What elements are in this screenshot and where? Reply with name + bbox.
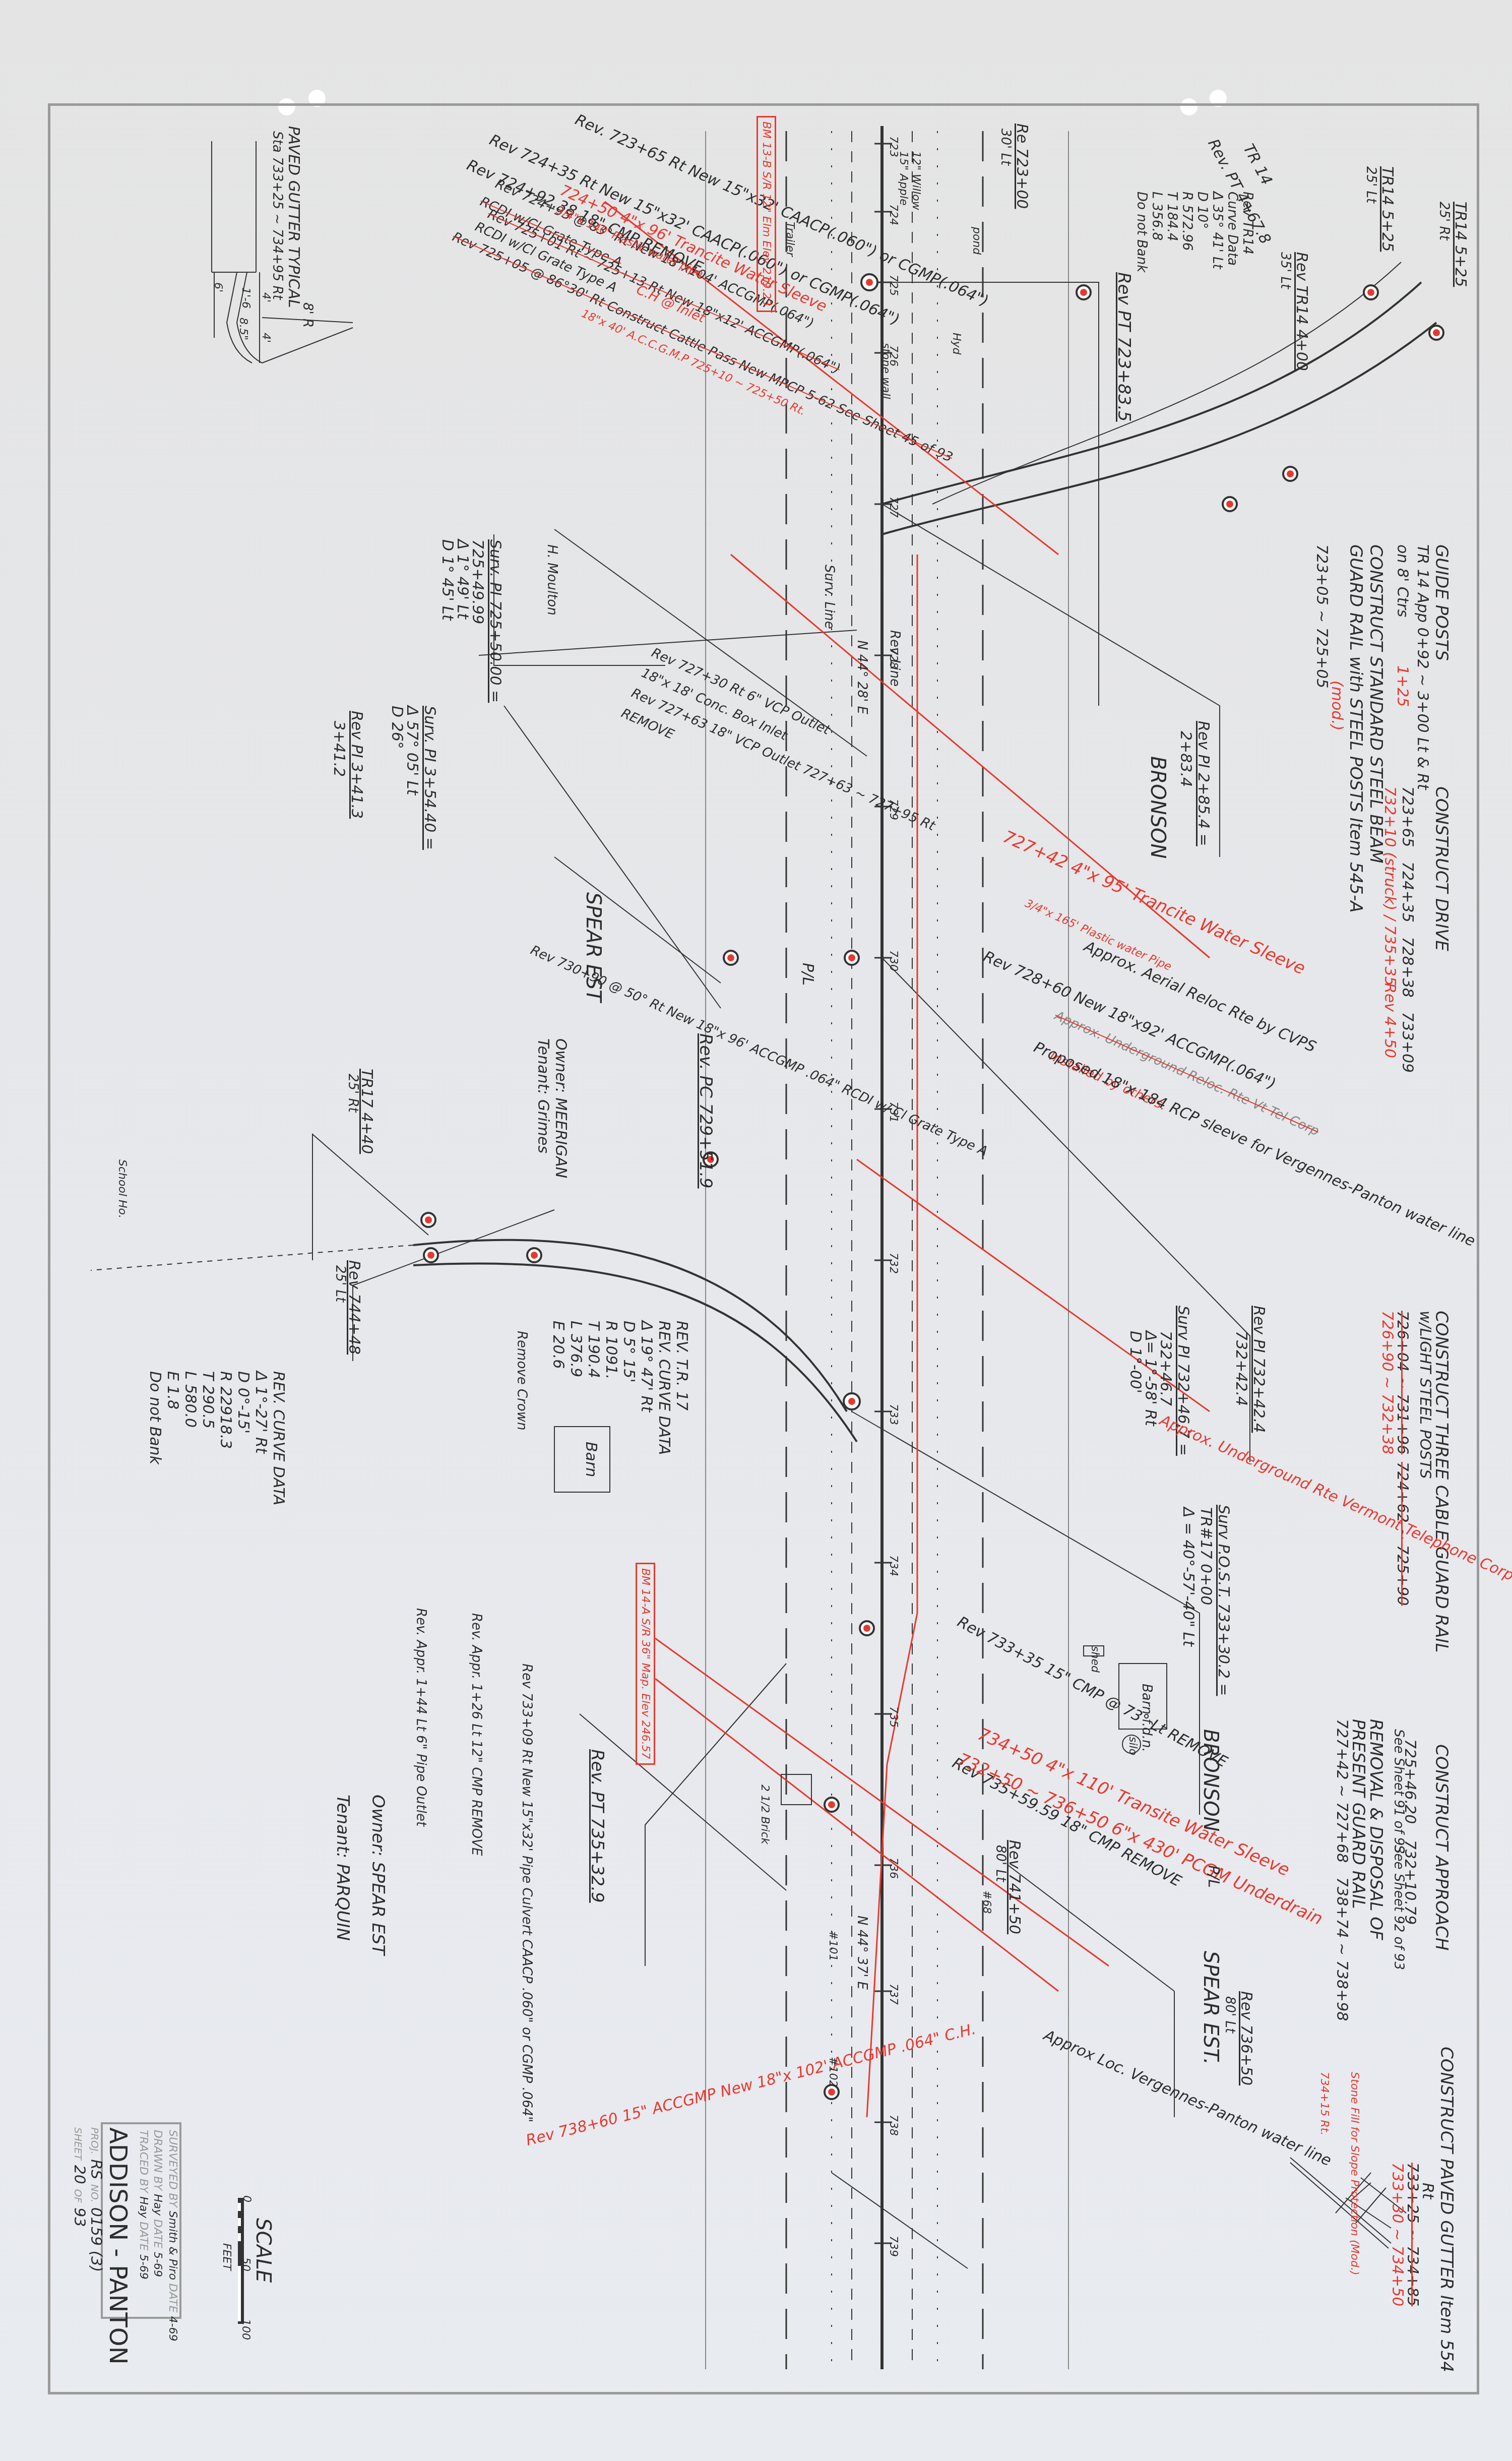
sheet-total: 93: [71, 2207, 88, 2227]
station-tick: 727: [887, 497, 900, 518]
benchmark-14a: BM 14-A S/R 36" Map. Elev 246.57: [636, 1563, 655, 1765]
drawn-by-value: Hay: [151, 2194, 164, 2216]
note-approach-rt-sheet: See Sheet 92 of 93: [1391, 1845, 1406, 1970]
project-number-row: PROJ. RS NO. 0159 (3): [87, 2127, 105, 2272]
scale-zero: 0: [240, 2195, 253, 2202]
station-tick: 739: [887, 2236, 900, 2257]
note-steel-beam-mod: (mod.): [1328, 681, 1346, 731]
rev-pt-735: Rev. PT 735+32.9: [587, 1749, 607, 1903]
trailer-label: Trailer: [784, 222, 796, 257]
gutter-dim: 4': [260, 333, 272, 343]
bearing-1: N 44° 28' E: [854, 640, 869, 714]
drawn-date: 5-69: [151, 2252, 164, 2277]
owner-bronson: BRONSON: [1146, 756, 1169, 858]
owner-spear: SPEAR EST: [582, 892, 605, 1002]
rev-pi-3: Rev PI 3+41.3: [348, 711, 365, 819]
barn-fdn-label: Barn f.d.n.: [1139, 1684, 1154, 1752]
scale-units: FEET: [220, 2243, 233, 2270]
surv-pi-725-d: D 1° 45' Lt: [438, 539, 456, 621]
surveyed-by-row: SURVEYED BY Smith & Piro DATE 4-69: [166, 2130, 179, 2342]
owner-h-moulton: H. Moulton: [544, 544, 559, 616]
property-line-label: P/L: [1205, 1865, 1222, 1888]
sheet-number: 20: [71, 2165, 88, 2184]
benchmark-13b: BM 13-B S/R 12" Elm Elev 219.23: [757, 116, 776, 312]
surv-pi-732-c: Δ= 1°-58' Rt: [1142, 1331, 1159, 1426]
stone-wall-label: stone wall: [879, 343, 892, 399]
tr17-441-off: 25' Rt: [345, 1074, 360, 1113]
note-removal-2: PRESENT GUARD RAIL: [1348, 1719, 1368, 1909]
rev-tr14-400-offset: 35' Lt: [1278, 252, 1293, 289]
note-cable-lt-struck: 726+04 ~ 731+96: [1394, 1311, 1411, 1454]
scale-end: 100: [239, 2319, 252, 2340]
rev-741: Rev 741+50: [1005, 1840, 1023, 1934]
shed-label: shed: [1089, 1646, 1101, 1673]
re-723-off: 30' Lt: [998, 129, 1013, 165]
note-cable-rail-1: CONSTRUCT THREE CABLE GUARD RAIL: [1431, 1311, 1452, 1652]
rev-pt-723: Rev PT 723+83.5: [1114, 272, 1134, 422]
note-paved-gutter-struck: 733+25 ~ 734+85: [1404, 2163, 1421, 2306]
rev-pi-28-b: 2+83.4: [1177, 731, 1194, 787]
rev-736-off: 80' Lt: [1222, 1996, 1237, 2033]
note-guide-posts-line1: TR 14 App 0+92 ~ 3+00 Lt & Rt: [1414, 544, 1431, 790]
gutter-detail-title: PAVED GUTTER TYPICAL: [285, 126, 302, 308]
surv-pi-725-c: Δ 1° 49' Lt: [454, 539, 471, 619]
barn-label: Barn: [582, 1442, 600, 1477]
station-tick: 737: [887, 1984, 900, 2005]
traced-by-row: TRACED BY Hay DATE 5-69: [137, 2130, 150, 2280]
note-drive-red-2: Rev 4+50: [1381, 983, 1399, 1058]
rev-pc-729: Rev. PC 729+51.9: [696, 1033, 716, 1189]
owner-meerigan: Owner: MEERIGAN: [552, 1038, 570, 1178]
station-tick: 733: [887, 1404, 900, 1425]
note-guide-posts: GUIDE POSTS: [1431, 544, 1452, 661]
surv-pi-732-d: D 1°-00': [1126, 1331, 1144, 1393]
surv-post-b: TR#17 0+00: [1197, 1507, 1215, 1605]
silo-label: silo: [1126, 1737, 1139, 1755]
gutter-dim: 4': [260, 292, 272, 302]
gutter-dim: 8.5": [237, 318, 249, 340]
note-paved-gutter-rt: Rt: [1419, 2183, 1436, 2199]
rev-tr17-curve-data: REV. T.R. 17 REV. CURVE DATA Δ 19° 47' R…: [549, 1321, 690, 1455]
remove-crown-label: Remove Crown: [514, 1331, 529, 1430]
station-tick: 738: [887, 2115, 900, 2136]
note-paved-gutter-red: 733+30 ~ 734+50: [1389, 2163, 1406, 2306]
note-steel-beam-range: 723+05 ~ 725+05: [1313, 544, 1331, 688]
school-label: School Ho.: [116, 1159, 129, 1218]
owner-spear: SPEAR EST.: [1199, 1951, 1222, 2065]
re-723: Re 723+00: [1013, 124, 1031, 209]
bearing-2: N 44° 37' E: [854, 1916, 869, 1990]
rev-pi-732: Rev PI 732+42.4: [1250, 1306, 1268, 1433]
note-steel-beam-2: GUARD RAIL with STEEL POSTS Item 545-A: [1346, 544, 1366, 912]
traced-by-value: Hay: [137, 2196, 150, 2218]
surv-pi-725-b: 725+49.99: [469, 539, 486, 624]
rev-741-off: 80' Lt: [993, 1845, 1008, 1882]
station-tick: 735: [887, 1706, 900, 1728]
marker-102: #102: [827, 2057, 839, 2087]
rev-t-offset-rt: 25' Rt: [1436, 202, 1452, 240]
hydrant-label: Hyd: [950, 333, 963, 355]
note-drive-values: 723+65 724+35 728+38 733+09: [1399, 786, 1416, 1073]
tenant-grimes: Tenant: Grimes: [534, 1038, 552, 1153]
surv-pi-3-b: Δ 57° 05' Lt: [403, 706, 421, 795]
rev-744: Rev 744+48: [345, 1260, 363, 1355]
traced-date: 5-69: [137, 2254, 150, 2280]
drawing-sheet: SURVEYED BY Smith & Piro DATE 4-69 DRAWN…: [0, 0, 1512, 2461]
station-tick: 732: [887, 1253, 900, 1274]
note-cable-lt-red: 726+90 ~ 732+38: [1378, 1311, 1396, 1454]
rev-tr14-525-lt-offset: 25' Lt: [1363, 166, 1378, 203]
owner-bronson: BRONSON: [1199, 1729, 1222, 1831]
note-guide-posts-line2: on 8' Ctrs: [1394, 544, 1411, 617]
note-removal-values: 727+42 ~ 727+68 738+74 ~ 738+98: [1333, 1719, 1351, 2021]
pond-label: pond: [970, 227, 983, 255]
surv-post-733: Surv P.O.S.T. 733+30.2 =: [1215, 1505, 1232, 1696]
apple-label: 15" Apple: [897, 151, 910, 206]
note-steel-beam-1: CONSTRUCT STANDARD STEEL BEAM: [1366, 544, 1386, 864]
station-tick: 725: [887, 275, 900, 296]
note-slope-protection: Stone Fill for Slope Protection (Mod.): [1348, 2072, 1361, 2275]
station-tick: 736: [887, 1858, 900, 1879]
surveyed-by-value: Smith & Piro: [166, 2211, 179, 2280]
note-approach-lt-sheet: See Sheet 91 of 93: [1391, 1729, 1406, 1854]
culvert-note: Rev 733+09 Rt New 15"x32' Pipe Culvert C…: [519, 1664, 534, 2122]
station-tick: 724: [887, 204, 900, 225]
surv-pi-725: Surv. PI 725+50.00 =: [486, 539, 504, 703]
project-title: ADDISON - PANTON: [104, 2127, 132, 2365]
note-removal-1: REMOVAL & DISPOSAL OF: [1366, 1719, 1386, 1940]
note-construct-drive: CONSTRUCT DRIVE: [1431, 786, 1452, 951]
owner-spear-est: Owner: SPEAR EST: [368, 1795, 388, 1955]
surv-pi-732-b: 732+46.7: [1157, 1331, 1174, 1406]
note-construct-approach: CONSTRUCT APPROACH: [1431, 1744, 1452, 1950]
rev-736: Rev 736+50: [1237, 1991, 1255, 2085]
marker-68: #68: [980, 1890, 993, 1914]
note-slope-at: 734+15 Rt.: [1318, 2072, 1331, 2135]
station-tick: 728: [887, 648, 900, 669]
scale-mid: 50: [239, 2257, 252, 2271]
rev-tr14-curve-data: Rev TR14 Curve Data Δ 35° 41' Lt D 10° R…: [1134, 192, 1255, 272]
station-tick: 734: [887, 1555, 900, 1576]
rev-t-tr14-525-rt: TR14 5+25: [1452, 202, 1469, 287]
rev-pi-732-b: 732+42.4: [1232, 1331, 1250, 1406]
gutter-dim: 8' R: [300, 302, 315, 328]
gutter-detail-range: Sta 733+25 ~ 734+95 Rt: [270, 131, 285, 300]
surv-line-label: Surv. Line: [822, 565, 837, 629]
rev-tr14-525-lt: TR14 5+25: [1378, 166, 1396, 252]
rev-pi-28: Rev PI 2+85.4 =: [1194, 721, 1212, 846]
rev-curve-data: REV. CURVE DATA Δ 1°-27' Rt D 0°-15' R 2…: [146, 1371, 287, 1505]
marker-101: #101: [827, 1931, 839, 1961]
note-paved-gutter: CONSTRUCT PAVED GUTTER Item 554: [1436, 2047, 1457, 2372]
tenant-parquin: Tenant: PARQUIN: [333, 1795, 353, 1941]
rev-pi-3-b: 3+41.2: [330, 721, 348, 777]
surv-pi-3: Surv. PI 3+54.40 =: [421, 706, 438, 850]
culvert-note: Rev. Appr. 1+44 Lt 6" Pipe Outlet: [413, 1608, 428, 1826]
scale-label: SCALE: [251, 2218, 275, 2283]
project-number: 0159 (3): [87, 2207, 105, 2272]
culvert-note: Rev. Appr. 1+26 Lt 12" CMP REMOVE: [469, 1613, 484, 1856]
sheet-number-row: SHEET 20 OF 93: [71, 2127, 88, 2227]
property-line-label: P/L: [799, 963, 816, 986]
gutter-dim: 1'-6: [239, 287, 252, 309]
gutter-dim: 6': [212, 282, 224, 292]
drawn-by-row: DRAWN BY Hay DATE 5-69: [151, 2130, 164, 2277]
surveyed-date: 4-69: [166, 2316, 179, 2342]
surv-post-c: Δ = 40°-57'-40" Lt: [1179, 1507, 1197, 1646]
rev-tr14-400: Rev TR14 4+00: [1293, 252, 1310, 371]
tr17-441: TR17 4+40: [358, 1069, 375, 1154]
note-guide-posts-red: 1+25: [1394, 665, 1411, 707]
brick-label: 2 1/2 Brick: [759, 1785, 771, 1844]
surv-pi-3-c: D 26°: [388, 706, 406, 749]
note-cable-rail-2: w/LIGHT STEEL POSTS: [1416, 1311, 1434, 1479]
rev-744-off: 25' Lt: [333, 1265, 348, 1302]
station-tick: 730: [887, 950, 900, 971]
willow-label: 12" Willow: [910, 151, 922, 210]
